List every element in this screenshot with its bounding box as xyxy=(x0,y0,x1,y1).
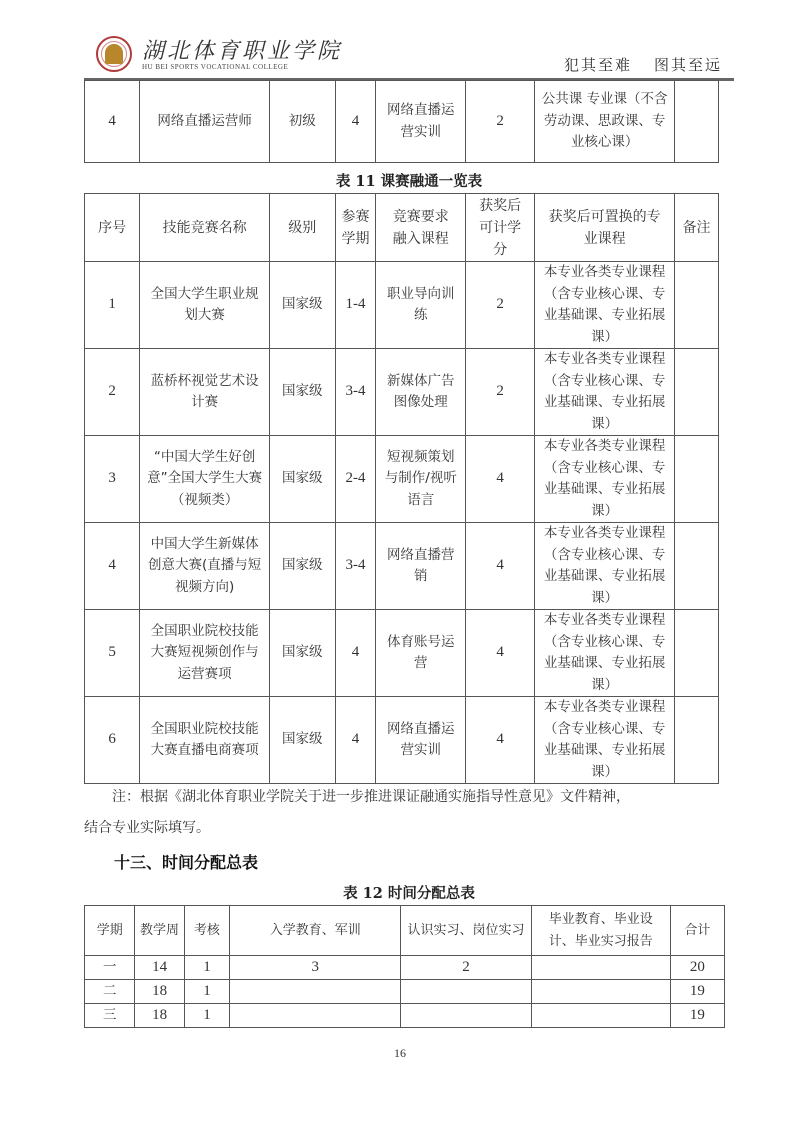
header-orientation: 入学教育、军训 xyxy=(230,906,401,956)
cell-course: 新媒体广告图像处理 xyxy=(376,349,466,436)
cell-orientation: 3 xyxy=(230,956,401,980)
cell-no: 6 xyxy=(85,697,140,784)
note-line-1: 注：根据《湖北体育职业学院关于进一步推进课证融通实施指导性意见》文件精神， xyxy=(84,783,734,811)
cell-replace: 本专业各类专业课程（含专业核心课、专业基础课、专业拓展课） xyxy=(535,697,675,784)
motto-part-2: 图其至远 xyxy=(654,56,722,74)
header-remark: 备注 xyxy=(675,194,719,262)
cell-course: 网络直播运营实训 xyxy=(376,697,466,784)
header-no: 序号 xyxy=(85,194,140,262)
cell-total: 19 xyxy=(670,1004,724,1028)
cell-name: 全国大学生职业规划大赛 xyxy=(140,262,270,349)
table-row: 5 全国职业院校技能大赛短视频创作与运营赛项 国家级 4 体育账号运营 4 本专… xyxy=(85,610,719,697)
cell-level: 国家级 xyxy=(269,610,335,697)
cell-replace: 本专业各类专业课程（含专业核心课、专业基础课、专业拓展课） xyxy=(535,349,675,436)
cell-internship: 2 xyxy=(401,956,531,980)
cell-credit: 4 xyxy=(466,697,535,784)
school-name-cn: 湖北体育职业学院 xyxy=(142,34,342,65)
cell-credit: 2 xyxy=(466,349,535,436)
cell-level: 国家级 xyxy=(269,349,335,436)
table-header-row: 序号 技能竞赛名称 级别 参赛学期 竞赛要求融入课程 获奖后可计学分 获奖后可置… xyxy=(85,194,719,262)
motto: 犯其至难图其至远 xyxy=(564,54,722,75)
table-row: 4 中国大学生新媒体创意大赛(直播与短视频方向) 国家级 3-4 网络直播营销 … xyxy=(85,523,719,610)
header-course: 竞赛要求融入课程 xyxy=(376,194,466,262)
table-header-row: 学期 教学周 考核 入学教育、军训 认识实习、岗位实习 毕业教育、毕业设计、毕业… xyxy=(85,906,725,956)
cell-no: 1 xyxy=(85,262,140,349)
table-row: 1 全国大学生职业规划大赛 国家级 1-4 职业导向训练 2 本专业各类专业课程… xyxy=(85,262,719,349)
cell-level: 国家级 xyxy=(269,697,335,784)
cell-name: 全国职业院校技能大赛短视频创作与运营赛项 xyxy=(140,610,270,697)
cell-exam: 1 xyxy=(184,1004,230,1028)
cell-no: 2 xyxy=(85,349,140,436)
cell-remark xyxy=(675,436,719,523)
note-line-2: 结合专业实际填写。 xyxy=(84,814,734,842)
cell-term: 三 xyxy=(85,1004,135,1028)
table-row: 6 全国职业院校技能大赛直播电商赛项 国家级 4 网络直播运营实训 4 本专业各… xyxy=(85,697,719,784)
cell-course: 网络直播营销 xyxy=(376,523,466,610)
cell-level: 国家级 xyxy=(269,523,335,610)
header-exam: 考核 xyxy=(184,906,230,956)
header-total: 合计 xyxy=(670,906,724,956)
cell-orientation xyxy=(230,980,401,1004)
cell-replace: 本专业各类专业课程（含专业核心课、专业基础课、专业拓展课） xyxy=(535,523,675,610)
section-13-title: 十三、时间分配总表 xyxy=(114,850,258,873)
cell-term: 3-4 xyxy=(335,523,376,610)
header-graduation: 毕业教育、毕业设计、毕业实习报告 xyxy=(531,906,670,956)
cell-remark xyxy=(675,523,719,610)
page-number: 16 xyxy=(0,1046,800,1061)
cell-total: 20 xyxy=(670,956,724,980)
cell-course: 体育账号运营 xyxy=(376,610,466,697)
table11-course-competition: 序号 技能竞赛名称 级别 参赛学期 竞赛要求融入课程 获奖后可计学分 获奖后可置… xyxy=(84,193,719,784)
table12-caption: 表 12 时间分配总表 xyxy=(84,882,734,903)
cell-replace: 公共课 专业课（不含劳动课、思政课、专业核心课） xyxy=(535,81,675,163)
cell-name: “中国大学生好创意”全国大学生大赛（视频类） xyxy=(140,436,270,523)
cell-credit: 2 xyxy=(466,262,535,349)
cell-term: 3-4 xyxy=(335,349,376,436)
cell-term: 二 xyxy=(85,980,135,1004)
cell-no: 4 xyxy=(85,523,140,610)
cell-weeks: 18 xyxy=(135,1004,184,1028)
header-level: 级别 xyxy=(269,194,335,262)
header-weeks: 教学周 xyxy=(135,906,184,956)
header-credit: 获奖后可计学分 xyxy=(466,194,535,262)
table-row: 二 18 1 19 xyxy=(85,980,725,1004)
logo-emblem xyxy=(105,44,123,64)
cell-credit: 4 xyxy=(466,436,535,523)
cell-remark xyxy=(675,262,719,349)
cell-replace: 本专业各类专业课程（含专业核心课、专业基础课、专业拓展课） xyxy=(535,262,675,349)
header-replace: 获奖后可置换的专业课程 xyxy=(535,194,675,262)
cell-name: 蓝桥杯视觉艺术设计赛 xyxy=(140,349,270,436)
cell-level: 国家级 xyxy=(269,262,335,349)
table-row: 一 14 1 3 2 20 xyxy=(85,956,725,980)
cell-no: 3 xyxy=(85,436,140,523)
table-row: 三 18 1 19 xyxy=(85,1004,725,1028)
table-row: 3 “中国大学生好创意”全国大学生大赛（视频类） 国家级 2-4 短视频策划与制… xyxy=(85,436,719,523)
cell-no: 5 xyxy=(85,610,140,697)
cell-course: 短视频策划与制作/视听语言 xyxy=(376,436,466,523)
cell-no: 4 xyxy=(85,81,140,163)
cell-total: 19 xyxy=(670,980,724,1004)
table-row: 4 网络直播运营师 初级 4 网络直播运营实训 2 公共课 专业课（不含劳动课、… xyxy=(85,81,719,163)
cell-credit: 4 xyxy=(466,523,535,610)
cell-exam: 1 xyxy=(184,956,230,980)
table-row: 2 蓝桥杯视觉艺术设计赛 国家级 3-4 新媒体广告图像处理 2 本专业各类专业… xyxy=(85,349,719,436)
cell-internship xyxy=(401,980,531,1004)
cell-term: 一 xyxy=(85,956,135,980)
cell-level: 国家级 xyxy=(269,436,335,523)
cell-graduation xyxy=(531,956,670,980)
cell-remark xyxy=(675,697,719,784)
cell-graduation xyxy=(531,980,670,1004)
prev-table-continuation: 4 网络直播运营师 初级 4 网络直播运营实训 2 公共课 专业课（不含劳动课、… xyxy=(84,80,719,163)
cell-term: 4 xyxy=(335,610,376,697)
page-header: 湖北体育职业学院 HU BEI SPORTS VOCATIONAL COLLEG… xyxy=(84,34,734,79)
cell-replace: 本专业各类专业课程（含专业核心课、专业基础课、专业拓展课） xyxy=(535,436,675,523)
cell-exam: 1 xyxy=(184,980,230,1004)
cell-term: 4 xyxy=(335,697,376,784)
cell-term: 2-4 xyxy=(335,436,376,523)
cell-credit: 2 xyxy=(466,81,535,163)
cell-remark xyxy=(675,610,719,697)
cell-weeks: 14 xyxy=(135,956,184,980)
header-term: 学期 xyxy=(85,906,135,956)
cell-replace: 本专业各类专业课程（含专业核心课、专业基础课、专业拓展课） xyxy=(535,610,675,697)
cell-credit: 4 xyxy=(466,610,535,697)
cell-course: 职业导向训练 xyxy=(376,262,466,349)
cell-internship xyxy=(401,1004,531,1028)
cell-remark xyxy=(675,349,719,436)
college-logo-icon xyxy=(96,36,132,72)
cell-term: 1-4 xyxy=(335,262,376,349)
cell-name: 全国职业院校技能大赛直播电商赛项 xyxy=(140,697,270,784)
header-term: 参赛学期 xyxy=(335,194,376,262)
table11-caption: 表 11 课赛融通一览表 xyxy=(84,170,734,191)
table12-time-allocation: 学期 教学周 考核 入学教育、军训 认识实习、岗位实习 毕业教育、毕业设计、毕业… xyxy=(84,905,725,1028)
cell-orientation xyxy=(230,1004,401,1028)
cell-name: 中国大学生新媒体创意大赛(直播与短视频方向) xyxy=(140,523,270,610)
cell-level: 初级 xyxy=(269,81,335,163)
cell-remark xyxy=(675,81,719,163)
cell-term: 4 xyxy=(335,81,376,163)
header-internship: 认识实习、岗位实习 xyxy=(401,906,531,956)
header-name: 技能竞赛名称 xyxy=(140,194,270,262)
cell-course: 网络直播运营实训 xyxy=(376,81,466,163)
cell-graduation xyxy=(531,1004,670,1028)
school-name-en: HU BEI SPORTS VOCATIONAL COLLEGE xyxy=(142,63,288,71)
motto-part-1: 犯其至难 xyxy=(564,56,632,74)
cell-name: 网络直播运营师 xyxy=(140,81,270,163)
cell-weeks: 18 xyxy=(135,980,184,1004)
